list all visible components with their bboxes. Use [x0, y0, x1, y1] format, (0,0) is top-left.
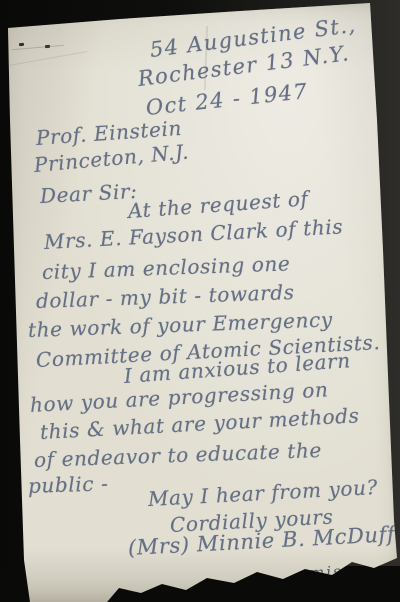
- body-line: public -: [28, 471, 109, 498]
- photo-background: 54 Augustine St., Rochester 13 N.Y. Oct …: [0, 0, 400, 602]
- staple-mark-icon: [19, 43, 24, 47]
- letter-paper: 54 Augustine St., Rochester 13 N.Y. Oct …: [0, 0, 400, 602]
- body-line: dollar - my bit - towards: [36, 280, 295, 313]
- body-line: May I hear from you?: [147, 475, 378, 511]
- body-line: city I am enclosing one: [42, 251, 291, 284]
- body-line: Mrs. E. Fayson Clark of this: [43, 214, 343, 254]
- fold-crease: [9, 51, 88, 66]
- salutation-line: Dear Sir:: [39, 179, 138, 208]
- body-line: of endeavor to educate the: [34, 438, 323, 472]
